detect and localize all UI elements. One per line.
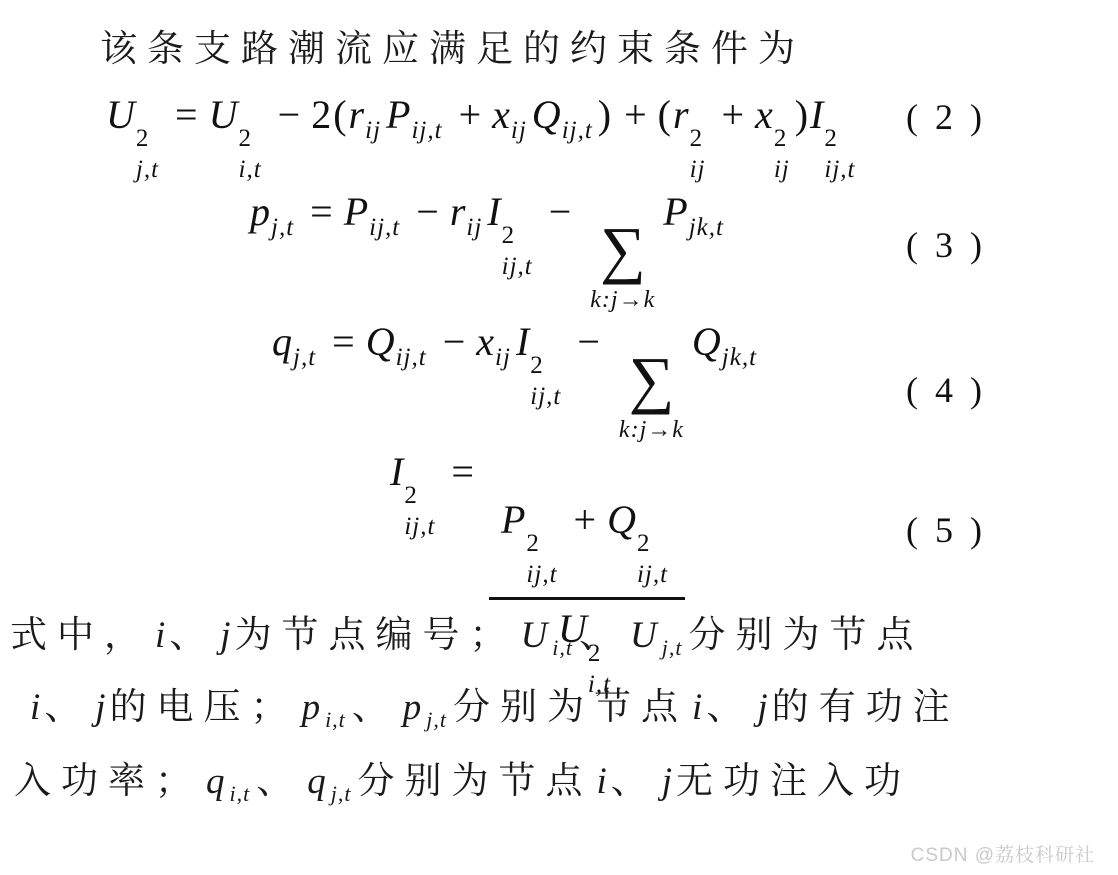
math-variable: I [487,189,500,234]
math-operator: + [721,92,744,137]
text-run: 、 [169,615,216,656]
math-subscript: j,t [136,157,159,182]
math-variable: Q [692,319,721,364]
math-superscript: 2 [824,126,837,151]
watermark-text: CSDN @荔枝科研社 [911,840,1095,867]
math-subscript: ij,t [562,117,593,144]
text-run: 、 [611,761,658,802]
text-run: 入功率； [14,761,202,802]
math-subscript: i,t [552,635,573,660]
math-variable: j [95,687,105,728]
math-literal: ) [795,92,810,137]
math-subscript: j,t [271,214,294,241]
math-operator: = [310,189,333,234]
math-supsub: 2ij [690,126,706,182]
text-run: 的有功注 [772,687,960,728]
math-variable: i [155,615,165,656]
equation-3-number: ( 3 ) [906,224,986,266]
math-variable: p [250,189,270,234]
math-variable: r [673,92,689,137]
math-subscript: j,t [662,635,683,660]
math-variable: j [662,761,672,802]
math-operator: − [577,319,600,364]
math-variable: I [810,92,823,137]
math-subscript: ij,t [502,254,533,279]
math-superscript: 2 [502,223,515,248]
text-run: 无功注入功 [676,761,911,802]
math-subscript: i,t [230,781,251,806]
math-variable: P [344,189,368,234]
text-run: 分别为节点 [453,687,688,728]
math-subscript: ij [495,344,511,371]
math-superscript: 2 [690,126,703,151]
text-run: 式中， [10,615,151,656]
math-subscript: j,t [331,781,352,806]
math-subscript: ij [365,117,381,144]
math-variable: p [302,687,321,728]
math-superscript: 2 [774,126,787,151]
equation-5-number: ( 5 ) [906,509,986,551]
math-supsub: 2ij,t [502,223,533,279]
math-subscript: jk,t [722,344,757,371]
equation-3-formula: pj,t=Pij,t−rijI2ij,t−∑k:j→kPjk,t [250,192,729,312]
math-subscript: ij,t [396,344,427,371]
text-run: 、 [44,687,91,728]
math-subscript: ij,t [824,157,855,182]
math-variable: i [596,761,606,802]
fraction-numerator: P2ij,t+Q2ij,t [489,500,685,600]
math-subscript: ij,t [530,384,561,409]
text-run: 分别为节点 [689,615,924,656]
math-literal: ( [658,92,673,137]
math-variable: p [403,687,422,728]
math-variable: j [220,615,230,656]
math-subscript: j,t [293,344,316,371]
math-superscript: 2 [637,531,650,556]
math-variable: q [272,319,292,364]
math-variable: P [663,189,687,234]
math-supsub: 2ij,t [637,531,668,587]
text-run: 为节点编号； [235,615,517,656]
math-operator: + [574,497,597,542]
equation-4-formula: qj,t=Qij,t−xijI2ij,t−∑k:j→kQjk,t [272,322,762,442]
math-subscript: ij,t [637,562,668,587]
math-subscript: j,t [426,707,447,732]
paragraph-line-2: i、j的电压；pi,t、pj,t分别为节点i、j的有功注 [26,684,960,735]
math-subscript: ij,t [404,514,435,539]
math-variable: P [501,497,525,542]
math-superscript: 2 [526,531,539,556]
math-variable: x [492,92,510,137]
math-subscript: i,t [325,707,346,732]
equation-2-formula: U2j,t=U2i,t−2(rijPij,t+xijQij,t)+(r2ij+x… [106,95,860,182]
summation: ∑k:j→k [619,350,684,442]
math-subscript: ij [690,157,706,182]
summation-index: k:j→k [619,418,684,442]
math-operator: − [416,189,439,234]
math-subscript: ij [466,214,482,241]
math-subscript: jk,t [689,214,724,241]
math-supsub: 2j,t [136,126,159,182]
math-variable: U [209,92,238,137]
math-superscript: 2 [404,483,417,508]
math-variable: Q [607,497,636,542]
text-run: 、 [706,687,753,728]
math-subscript: ij,t [411,117,442,144]
math-variable: j [757,687,767,728]
math-literal: ) [598,92,613,137]
math-variable: P [386,92,410,137]
math-variable: r [450,189,466,234]
math-subscript: ij [774,157,790,182]
text-run: 、 [352,687,399,728]
math-operator: + [459,92,482,137]
text-run: 、 [579,615,626,656]
math-operator: − [549,189,572,234]
math-supsub: 2ij,t [530,353,561,409]
math-subscript: ij,t [369,214,400,241]
summation: ∑k:j→k [590,220,655,312]
document-page: 该条支路潮流应满足的约束条件为 U2j,t=U2i,t−2(rijPij,t+x… [0,0,1118,875]
equation-4-number: ( 4 ) [906,369,986,411]
text-run: 分别为节点 [357,761,592,802]
math-variable: I [390,449,403,494]
math-variable: i [692,687,702,728]
math-variable: q [206,761,225,802]
text-run: 的电压； [110,687,298,728]
math-supsub: 2ij,t [824,126,855,182]
math-operator: = [451,449,474,494]
math-variable: I [516,319,529,364]
math-superscript: 2 [530,353,543,378]
math-supsub: 2ij,t [526,531,557,587]
math-variable: x [755,92,773,137]
math-variable: r [349,92,365,137]
math-subscript: i,t [239,157,262,182]
intro-text: 该条支路潮流应满足的约束条件为 [100,18,805,72]
math-variable: x [476,319,494,364]
paragraph-line-1: 式中，i、j为节点编号；Ui,t、Uj,t分别为节点 [10,612,924,663]
math-superscript: 2 [136,126,149,151]
text-run: 、 [256,761,303,802]
math-variable: i [30,687,40,728]
math-supsub: 2i,t [239,126,262,182]
sigma-symbol: ∑ [629,350,675,411]
summation-index: k:j→k [590,288,655,312]
math-supsub: 2ij,t [404,483,435,539]
math-variable: U [521,615,548,656]
math-variable: U [630,615,657,656]
fraction: P2ij,t+Q2ij,tU2i,t [489,500,685,697]
math-operator: = [175,92,198,137]
math-operator: − [443,319,466,364]
math-operator: + [624,92,647,137]
sigma-symbol: ∑ [600,220,646,281]
math-variable: U [106,92,135,137]
math-supsub: 2ij [774,126,790,182]
math-variable: q [307,761,326,802]
math-superscript: 2 [239,126,252,151]
math-variable: Q [366,319,395,364]
math-operator: − [278,92,301,137]
equation-2-number: ( 2 ) [906,96,986,138]
paragraph-line-3: 入功率；qi,t、qj,t分别为节点i、j无功注入功 [14,758,911,809]
math-operator: = [332,319,355,364]
math-literal: 2( [311,92,348,137]
math-subscript: ij,t [526,562,557,587]
math-variable: Q [532,92,561,137]
math-subscript: ij [511,117,527,144]
